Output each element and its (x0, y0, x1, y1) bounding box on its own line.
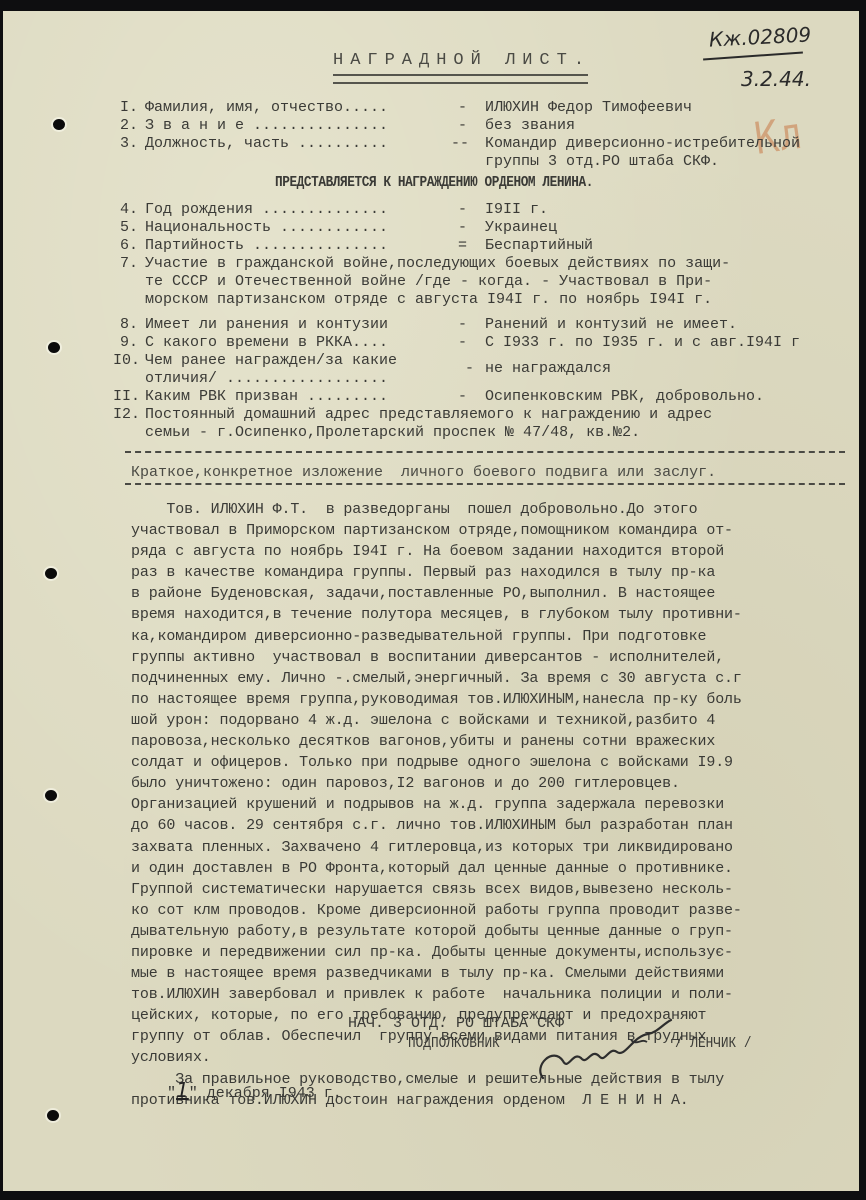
field-number: I0. (113, 352, 140, 369)
narrative-line: раз в качестве командира группы. Первый … (131, 562, 851, 583)
narrative-line: и один доставлен в РО Фронта,который дал… (131, 858, 851, 879)
field-dash: - (458, 201, 467, 218)
narrative-line: ка,командиром диверсионно-разведывательн… (131, 626, 851, 647)
section-separator-top (125, 451, 845, 453)
narrative-line: солдат и офицеров. Только при подрыве од… (131, 752, 851, 773)
field-label: З в а н и е ............... (145, 117, 388, 134)
field-dash: - (458, 334, 467, 351)
section-separator-bottom (125, 483, 845, 485)
field-label: Год рождения .............. (145, 201, 388, 218)
binding-hole (45, 568, 57, 579)
field-value-party: Беспартийный (485, 237, 593, 254)
field-value-rvk: Осипенковским РВК, добровольно. (485, 388, 764, 405)
award-heading: ПРЕДСТАВЛЯЕТСЯ К НАГРАЖДЕНИЮ ОРДЕНОМ ЛЕН… (275, 174, 593, 191)
field-dash: -- (451, 135, 469, 152)
field-number: 3. (120, 135, 138, 152)
field-value-nationality: Украинец (485, 219, 557, 236)
handwritten-signature (513, 1016, 693, 1086)
binding-hole (48, 342, 60, 353)
field-number: 2. (120, 117, 138, 134)
field-label: Каким РВК призван ......... (145, 388, 388, 405)
signatory-rank: ПОДПОЛКОВНИК (408, 1035, 500, 1052)
field-text-line: те СССР и Отечественной войне /где - ког… (145, 273, 712, 290)
field-text-line: Постоянный домашний адрес представляемог… (145, 406, 712, 423)
field-number: 8. (120, 316, 138, 333)
award-sheet-page: НАГРАДНОЙ ЛИСТ. Кж.02809 3.2.44. Кл I. Ф… (3, 11, 859, 1191)
field-label: С какого времени в РККА.... (145, 334, 388, 351)
field-dash: - (458, 117, 467, 134)
section-label: Краткое,конкретное изложение личного бое… (131, 464, 716, 481)
field-label: Фамилия, имя, отчество..... (145, 99, 388, 116)
field-text-line: семьи - г.Осипенко,Пролетарский проспек … (145, 424, 640, 441)
archive-fraction-line (703, 52, 803, 61)
archive-number: Кж.02809 (708, 22, 811, 51)
field-number: 7. (120, 255, 138, 272)
field-dash: - (465, 360, 474, 377)
narrative-line: группы активно участвовал в воспитании д… (131, 647, 851, 668)
narrative-line: было уничтожено: один паровоз,I2 вагонов… (131, 773, 851, 794)
narrative-line: до 60 часов. 29 сентября с.г. лично тов.… (131, 815, 851, 836)
field-number: I. (120, 99, 138, 116)
binding-hole (47, 1110, 59, 1121)
field-value-position: Командир диверсионно-истребительной (485, 135, 800, 152)
field-number: 5. (120, 219, 138, 236)
narrative-line: тов.ИЛЮХИН завербовал и привлек к работе… (131, 984, 851, 1005)
field-value-name: ИЛЮХИН Федор Тимофеевич (485, 99, 692, 116)
field-value-wounds: Ранений и контузий не имеет. (485, 316, 737, 333)
binding-hole (45, 790, 57, 801)
document-date: "1" декабря I943 г. (131, 1061, 342, 1119)
field-dash: = (458, 237, 467, 254)
binding-hole (53, 119, 65, 130)
narrative-line: участвовал в Приморском партизанском отр… (131, 520, 851, 541)
narrative-line: дывательную работу,в результате которой … (131, 921, 851, 942)
field-value-rank: без звания (485, 117, 575, 134)
narrative-line: Тов. ИЛЮХИН Ф.Т. в разведорганы пошел до… (131, 499, 851, 520)
field-value-awards: не награждался (485, 360, 611, 377)
narrative-line: Организацией крушений и подрывов на ж.д.… (131, 794, 851, 815)
narrative-line: по настоящее время группа,руководимая то… (131, 689, 851, 710)
field-label: Национальность ............ (145, 219, 388, 236)
field-dash: - (458, 388, 467, 405)
field-number: 6. (120, 237, 138, 254)
narrative-line: мые в настоящее время разведчиками в тыл… (131, 963, 851, 984)
field-label: Партийность ............... (145, 237, 388, 254)
narrative-line: пировке и передвижении сил пр-ка. Добыты… (131, 942, 851, 963)
narrative-line: Группой систематически нарушается связь … (131, 879, 851, 900)
narrative-line: захвата пленных. Захвачено 4 гитлеровца,… (131, 837, 851, 858)
field-label-cont: отличия/ .................. (145, 370, 388, 387)
narrative-line: время находится,в течение полутора месяц… (131, 604, 851, 625)
date-month-year: декабря I943 г. (198, 1085, 342, 1102)
field-dash: - (458, 99, 467, 116)
narrative-line: ко сот клм проводов. Кроме диверсионной … (131, 900, 851, 921)
field-number: II. (113, 388, 140, 405)
field-label: Чем ранее награжден/за какие (145, 352, 397, 369)
narrative-line: подчиненных ему. Лично -.смелый,энергичн… (131, 668, 851, 689)
document-title: НАГРАДНОЙ ЛИСТ. (333, 51, 591, 70)
field-value-birth-year: I9II г. (485, 201, 548, 218)
field-number: 4. (120, 201, 138, 218)
field-dash: - (458, 219, 467, 236)
field-label: Имеет ли ранения и контузии (145, 316, 388, 333)
field-text-line: Участие в гражданской войне,последующих … (145, 255, 730, 272)
field-dash: - (458, 316, 467, 333)
date-close-quote: " (189, 1085, 198, 1102)
field-number: 9. (120, 334, 138, 351)
field-label: Должность, часть .......... (145, 135, 388, 152)
archive-date: 3.2.44. (741, 67, 811, 91)
field-value-position-cont: группы 3 отд.РО штаба СКФ. (485, 153, 719, 170)
date-day-handwritten: 1 (176, 1078, 189, 1102)
narrative-line: паровоза,несколько десятков вагонов,убит… (131, 731, 851, 752)
field-text-line: морском партизанском отряде с августа I9… (145, 291, 712, 308)
narrative-line: шой урон: подорвано 4 ж.д. эшелона с вой… (131, 710, 851, 731)
narrative-line: ряда с августа по ноябрь I94I г. На боев… (131, 541, 851, 562)
field-number: I2. (113, 406, 140, 423)
title-double-underline (333, 74, 588, 84)
date-open-quote: " (167, 1085, 176, 1102)
narrative-line: в районе Буденовская, задачи,поставленны… (131, 583, 851, 604)
field-value-service: С I933 г. по I935 г. и с авг.I94I г (485, 334, 800, 351)
